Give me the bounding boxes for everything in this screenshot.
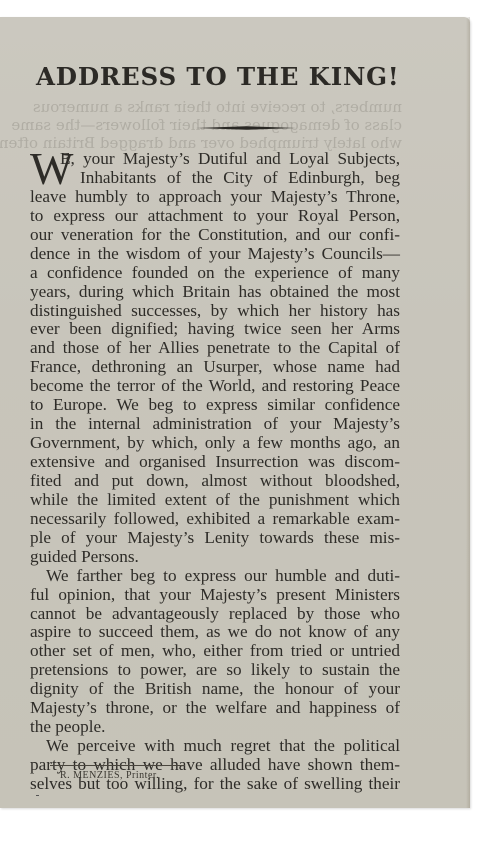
text-line: ful opinion, that your Majesty’s present…	[30, 586, 400, 605]
text-line: We farther beg to express our humble and…	[30, 567, 400, 586]
text-line: We perceive with much regret that the po…	[30, 737, 400, 756]
text-line: dence in the wisdom of your Majesty’s Co…	[30, 245, 400, 264]
text-line: Majesty’s throne, or the welfare and hap…	[30, 699, 400, 718]
address-body: E, your Majesty’s Dutiful and Loyal Subj…	[30, 150, 400, 794]
text-line: in the internal administration of your M…	[30, 415, 400, 434]
text-line: ple of your Majesty’s Lenity towards the…	[30, 529, 400, 548]
text-line: become the terror of the World, and rest…	[30, 377, 400, 396]
footer-rule	[50, 765, 185, 766]
text-line: ever been dignified; having twice seen h…	[30, 320, 400, 339]
text-line: extensive and organised Insurrection was…	[30, 453, 400, 472]
text-line: Inhabitants of the City of Edinburgh, be…	[30, 169, 400, 188]
text-line: aspire to succeed them, as we do not kno…	[30, 623, 400, 642]
ghost-line: numbers, to receive into their ranks a n…	[32, 98, 402, 116]
text-line: our veneration for the Constitution, and…	[30, 226, 400, 245]
text-line: dignity of the British name, the honour …	[30, 680, 400, 699]
text-line: E, your Majesty’s Dutiful and Loyal Subj…	[30, 150, 400, 169]
text-line: while the limited extent of the punishme…	[30, 491, 400, 510]
text-line: the people.	[30, 718, 400, 737]
text-line: to Europe. We beg to express similar con…	[30, 396, 400, 415]
text-line: guided Persons.	[30, 548, 400, 567]
ornamental-rule-icon	[196, 126, 296, 129]
text-line: to express our attachment to your Royal …	[30, 207, 400, 226]
printer-imprint: R. MENZIES, Printer.	[60, 770, 159, 781]
ghost-line: class of demagogues and their followers—…	[32, 116, 402, 134]
text-line: distinguished successes, by which her hi…	[30, 302, 400, 321]
text-line: other set of men, who, either from tried…	[30, 642, 400, 661]
document-title: ADDRESS TO THE KING!	[36, 62, 396, 91]
text-line: Government, by which, only a few months …	[30, 434, 400, 453]
text-line: and those of her Allies penetrate to the…	[30, 339, 400, 358]
paper-speck	[36, 795, 39, 796]
text-line: leave humbly to approach your Majesty’s …	[30, 188, 400, 207]
text-line: pretensions to power, are so likely to s…	[30, 661, 400, 680]
text-line: necessarily followed, exhibited a remark…	[30, 510, 400, 529]
text-line: France, dethroning an Usurper, whose nam…	[30, 358, 400, 377]
text-line: years, during which Britain has obtained…	[30, 283, 400, 302]
text-line: fited and put down, almost without blood…	[30, 472, 400, 491]
text-line: a confidence founded on the experience o…	[30, 264, 400, 283]
text-line: cannot be advantageously replaced by tho…	[30, 605, 400, 624]
show-through-text: numbers, to receive into their ranks a n…	[32, 98, 402, 152]
